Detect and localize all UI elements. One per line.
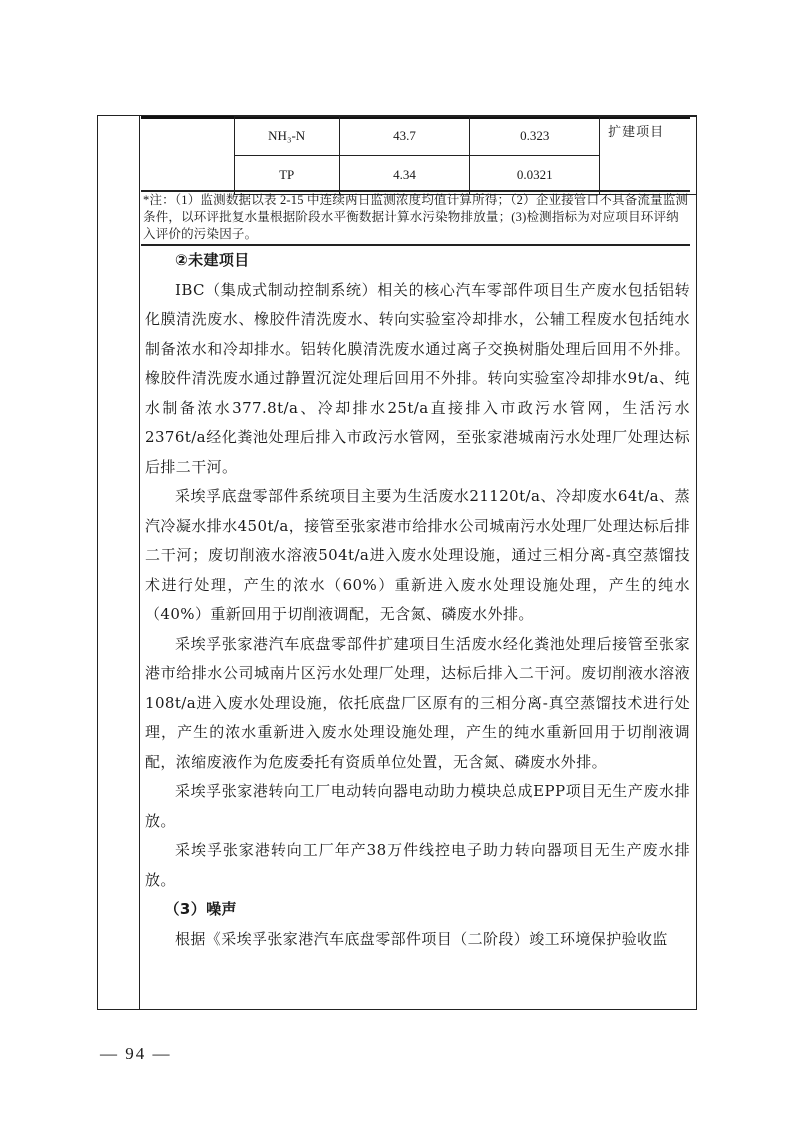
section-heading: （3）噪声 <box>145 895 690 925</box>
pollutant-cell: TP <box>234 156 339 195</box>
section-heading: ②未建项目 <box>145 246 690 276</box>
paragraph: IBC（集成式制动控制系统）相关的核心汽车零部件项目生产废水包括铝转化膜清洗废水… <box>145 276 690 483</box>
report-frame: NH₃-N 43.7 0.323 扩建项目 TP 4.34 0.0321 *注：… <box>97 115 697 1010</box>
table-row: NH₃-N 43.7 0.323 扩建项目 <box>141 117 696 156</box>
emission-cell: 0.323 <box>470 117 600 156</box>
page-number: — 94 — <box>100 1044 172 1064</box>
paragraph: 根据《采埃孚张家港汽车底盘零部件项目（二阶段）竣工环境保护验收监 <box>145 925 690 955</box>
pollutant-cell: NH₃-N <box>234 117 339 156</box>
paragraph: 采埃孚张家港转向工厂年产38万件线控电子助力转向器项目无生产废水排放。 <box>145 836 690 895</box>
content-cell: NH₃-N 43.7 0.323 扩建项目 TP 4.34 0.0321 *注：… <box>141 116 696 1009</box>
monitoring-table: NH₃-N 43.7 0.323 扩建项目 TP 4.34 0.0321 <box>141 116 696 195</box>
paragraph: 采埃孚张家港汽车底盘零部件扩建项目生活废水经化粪池处理后接管至张家港市给排水公司… <box>145 630 690 778</box>
table-note: *注：（1）监测数据以表 2-15 中连续两日监测浓度均值计算所得；（2）企业接… <box>143 192 691 243</box>
paragraph: 采埃孚张家港转向工厂电动转向器电动助力模块总成EPP项目无生产废水排放。 <box>145 777 690 836</box>
remark-cell: 扩建项目 <box>600 117 696 195</box>
left-column <box>98 116 140 1009</box>
emission-cell: 0.0321 <box>470 156 600 195</box>
paragraph: 采埃孚底盘零部件系统项目主要为生活废水21120t/a、冷却废水64t/a、蒸汽… <box>145 482 690 630</box>
body-text: ②未建项目 IBC（集成式制动控制系统）相关的核心汽车零部件项目生产废水包括铝转… <box>145 246 690 954</box>
concentration-cell: 4.34 <box>339 156 470 195</box>
concentration-cell: 43.7 <box>339 117 470 156</box>
